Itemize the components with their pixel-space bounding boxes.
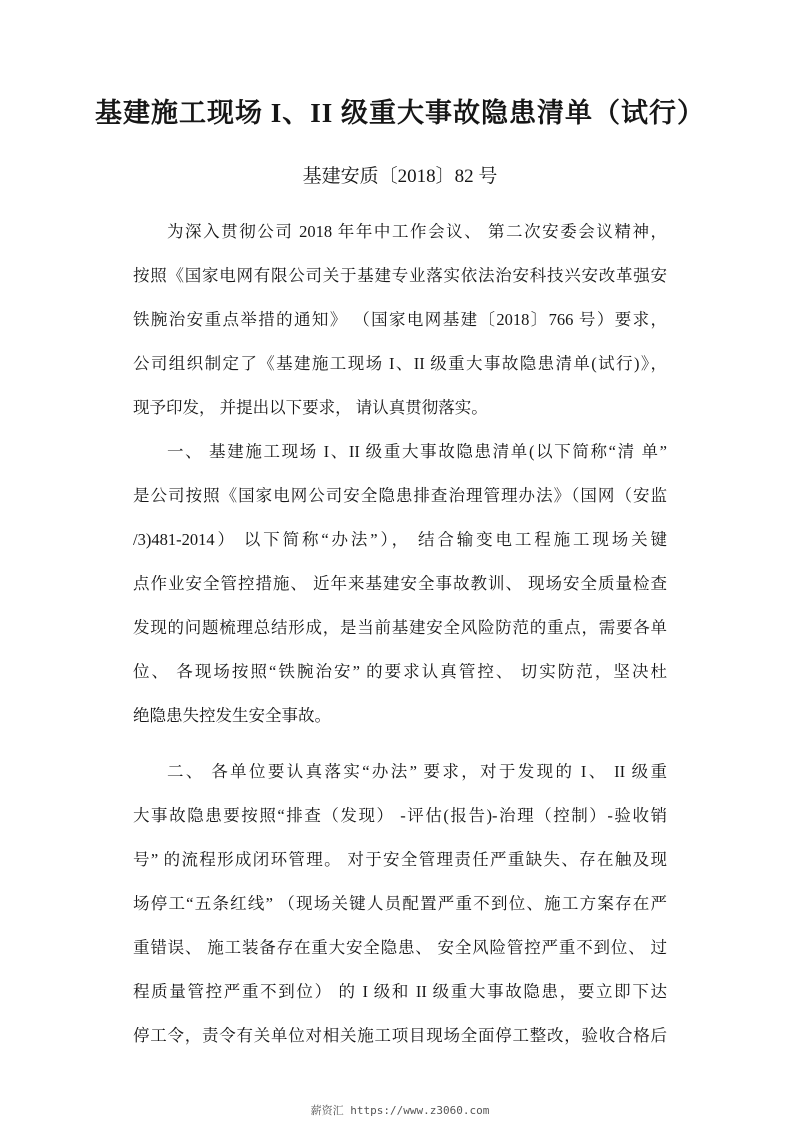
text-line: 铁腕治安重点举措的通知》 （国家电网基建〔2018〕766 号）要求， (133, 298, 667, 342)
text-line: /3)481-2014） 以下简称“办法”）， 结合输变电工程施工现场关键 (133, 518, 667, 562)
text-line: 二、 各单位要认真落实“办法” 要求，对于发现的 I、 II 级重 (133, 750, 667, 794)
watermark-text: 薪资汇 https://www.z3060.com (311, 1104, 490, 1117)
text-line: 号” 的流程形成闭环管理。 对于安全管理责任严重缺失、存在触及现 (133, 838, 667, 882)
text-line: 公司组织制定了《基建施工现场 I、II 级重大事故隐患清单(试行)》， (133, 342, 667, 386)
document-title: 基建施工现场 I、II 级重大事故隐患清单（试行） (78, 94, 722, 132)
text-line: 现予印发， 并提出以下要求， 请认真贯彻落实。 (133, 386, 667, 430)
text-line: 大事故隐患要按照“排查（发现） -评估(报告)-治理（控制）-验收销 (133, 794, 667, 838)
paragraph: 二、 各单位要认真落实“办法” 要求，对于发现的 I、 II 级重大事故隐患要按… (133, 750, 667, 1058)
document-page: 基建施工现场 I、II 级重大事故隐患清单（试行） 基建安质〔2018〕82 号… (0, 0, 800, 1130)
text-line: 场停工“五条红线” （现场关键人员配置严重不到位、施工方案存在严 (133, 882, 667, 926)
text-line: 一、 基建施工现场 I、II 级重大事故隐患清单(以下简称“清 单” (133, 430, 667, 474)
text-line: 重错误、 施工装备存在重大安全隐患、 安全风险管控严重不到位、 过 (133, 926, 667, 970)
text-line: 发现的问题梳理总结形成，是当前基建安全风险防范的重点，需要各单 (133, 606, 667, 650)
text-line: 点作业安全管控措施、 近年来基建安全事故教训、 现场安全质量检查 (133, 562, 667, 606)
text-line: 停工令，责令有关单位对相关施工项目现场全面停工整改，验收合格后 (133, 1014, 667, 1058)
paragraph: 为深入贯彻公司 2018 年年中工作会议、 第二次安委会议精神，按照《国家电网有… (133, 210, 667, 430)
text-line: 是公司按照《国家电网公司安全隐患排查治理管理办法》（国网（安监 (133, 474, 667, 518)
text-line: 按照《国家电网有限公司关于基建专业落实依法治安科技兴安改革强安 (133, 254, 667, 298)
document-body: 为深入贯彻公司 2018 年年中工作会议、 第二次安委会议精神，按照《国家电网有… (133, 210, 667, 1058)
text-line: 绝隐患失控发生安全事故。 (133, 694, 667, 738)
paragraph: 一、 基建施工现场 I、II 级重大事故隐患清单(以下简称“清 单”是公司按照《… (133, 430, 667, 738)
document-number: 基建安质〔2018〕82 号 (0, 164, 800, 190)
watermark-footer: 薪资汇 https://www.z3060.com (0, 1103, 800, 1119)
text-line: 程质量管控严重不到位） 的 I 级和 II 级重大事故隐患，要立即下达 (133, 970, 667, 1014)
text-line: 位、 各现场按照“铁腕治安” 的要求认真管控、 切实防范，坚决杜 (133, 650, 667, 694)
text-line: 为深入贯彻公司 2018 年年中工作会议、 第二次安委会议精神， (133, 210, 667, 254)
